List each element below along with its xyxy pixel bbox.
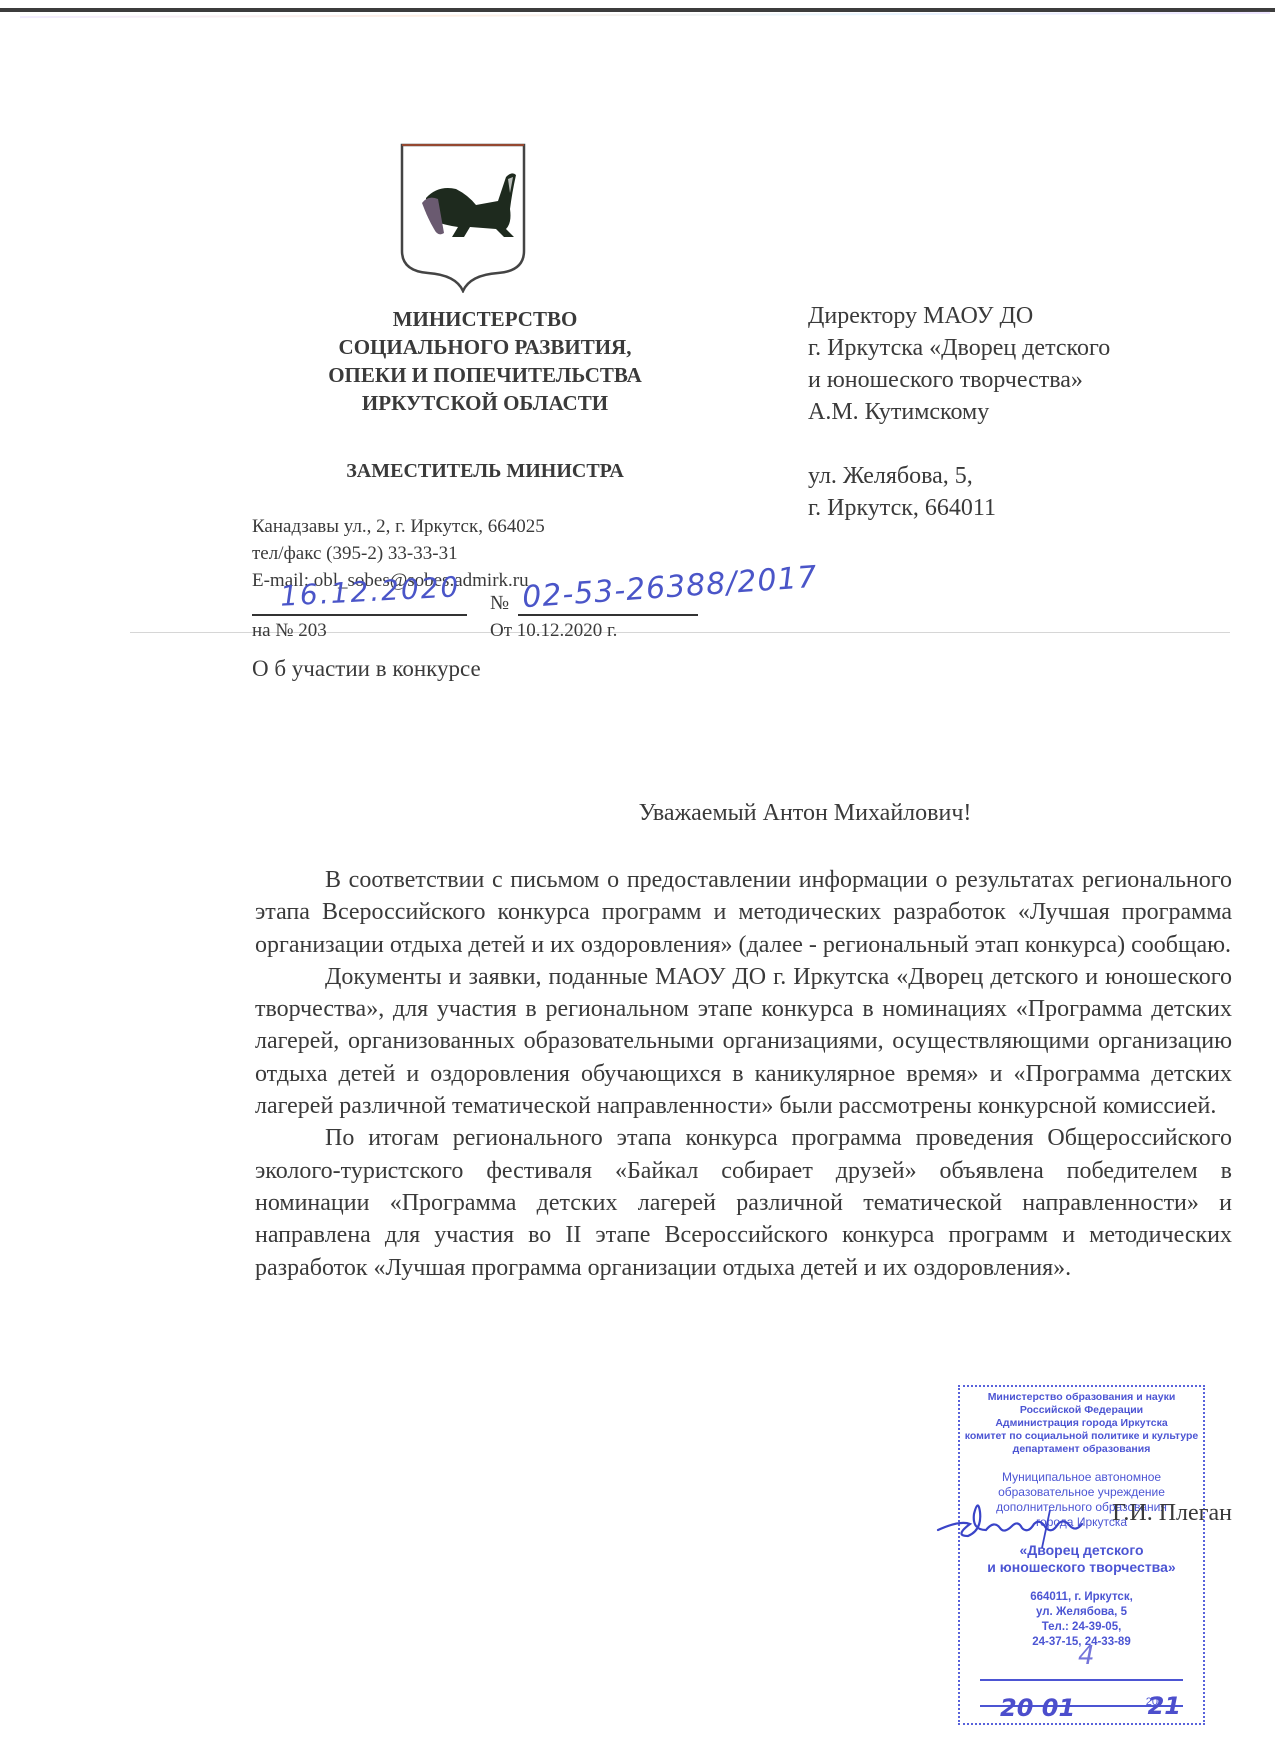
- stamp-date-line: [980, 1679, 1183, 1681]
- stamp-line: Российской Федерации: [960, 1404, 1203, 1417]
- addressee-line: Директору МАОУ ДО: [808, 300, 1110, 332]
- paragraph: В соответствии с письмом о предоставлени…: [255, 864, 1232, 961]
- scan-artifact-line: [20, 12, 1270, 18]
- ministry-line: ИРКУТСКОЙ ОБЛАСТИ: [255, 389, 715, 417]
- addressee-line: и юношеского творчества»: [808, 364, 1110, 396]
- addressee-line: г. Иркутска «Дворец детского: [808, 332, 1110, 364]
- stamp-line: Муниципальное автономное: [960, 1470, 1203, 1485]
- registration-date-line: [252, 614, 467, 616]
- addressee-city: г. Иркутск, 664011: [808, 492, 1110, 524]
- ministry-line: СОЦИАЛЬНОГО РАЗВИТИЯ,: [255, 333, 715, 361]
- stamp-header: Министерство образования и науки Российс…: [960, 1391, 1203, 1456]
- letter-body: В соответствии с письмом о предоставлени…: [255, 864, 1232, 1284]
- addressee-street: ул. Желябова, 5,: [808, 460, 1110, 492]
- sender-address: Канадзавы ул., 2, г. Иркутск, 664025: [252, 513, 545, 540]
- ministry-line: ОПЕКИ И ПОПЕЧИТЕЛЬСТВА: [255, 361, 715, 389]
- paragraph: По итогам регионального этапа конкурса п…: [255, 1122, 1232, 1283]
- addressee-block: Директору МАОУ ДО г. Иркутска «Дворец де…: [808, 300, 1110, 524]
- registration-number: 02-53-26388/2017: [521, 560, 819, 616]
- greeting: Уважаемый Антон Михайлович!: [255, 800, 1235, 827]
- registration-number-line: [518, 614, 698, 616]
- number-sign: №: [490, 592, 509, 615]
- ministry-name: МИНИСТЕРСТВО СОЦИАЛЬНОГО РАЗВИТИЯ, ОПЕКИ…: [255, 305, 715, 417]
- stamp-line: Тел.: 24-39-05,: [960, 1620, 1203, 1635]
- stamp-line: департамент образования: [960, 1443, 1203, 1456]
- in-reply-to-number: на № 203: [252, 620, 327, 642]
- stamp-year: 21: [1148, 1699, 1181, 1713]
- stamp-line: ул. Желябова, 5: [960, 1605, 1203, 1620]
- paragraph: Документы и заявки, поданные МАОУ ДО г. …: [255, 961, 1232, 1122]
- in-reply-to-date: От 10.12.2020 г.: [490, 620, 617, 642]
- irkutsk-coat-of-arms-icon: [398, 143, 528, 293]
- ministry-line: МИНИСТЕРСТВО: [255, 305, 715, 333]
- handwritten-signature: [930, 1490, 1100, 1550]
- letter-subject: О б участии в конкурсе: [252, 656, 481, 682]
- stamp-line: Министерство образования и науки: [960, 1391, 1203, 1404]
- signatory-name: Г.И. Плеган: [1112, 1500, 1232, 1527]
- organization-stamp: Министерство образования и науки Российс…: [958, 1385, 1205, 1725]
- addressee-spacer: [808, 428, 1110, 460]
- stamp-line: 664011, г. Иркутск,: [960, 1590, 1203, 1605]
- sender-position: ЗАМЕСТИТЕЛЬ МИНИСТРА: [255, 460, 715, 483]
- scan-top-edge: [0, 8, 1275, 12]
- addressee-line: А.М. Кутимскому: [808, 396, 1110, 428]
- stamp-received-date: 20 01: [1000, 1701, 1075, 1715]
- stamp-incoming-number: 4: [1078, 1649, 1095, 1663]
- sender-phone: тел/факс (395-2) 33-33-31: [252, 540, 545, 567]
- stamp-line: и юношеского творчества»: [960, 1559, 1203, 1576]
- stamp-line: комитет по социальной политике и культур…: [960, 1430, 1203, 1443]
- stamp-line: Администрация города Иркутска: [960, 1417, 1203, 1430]
